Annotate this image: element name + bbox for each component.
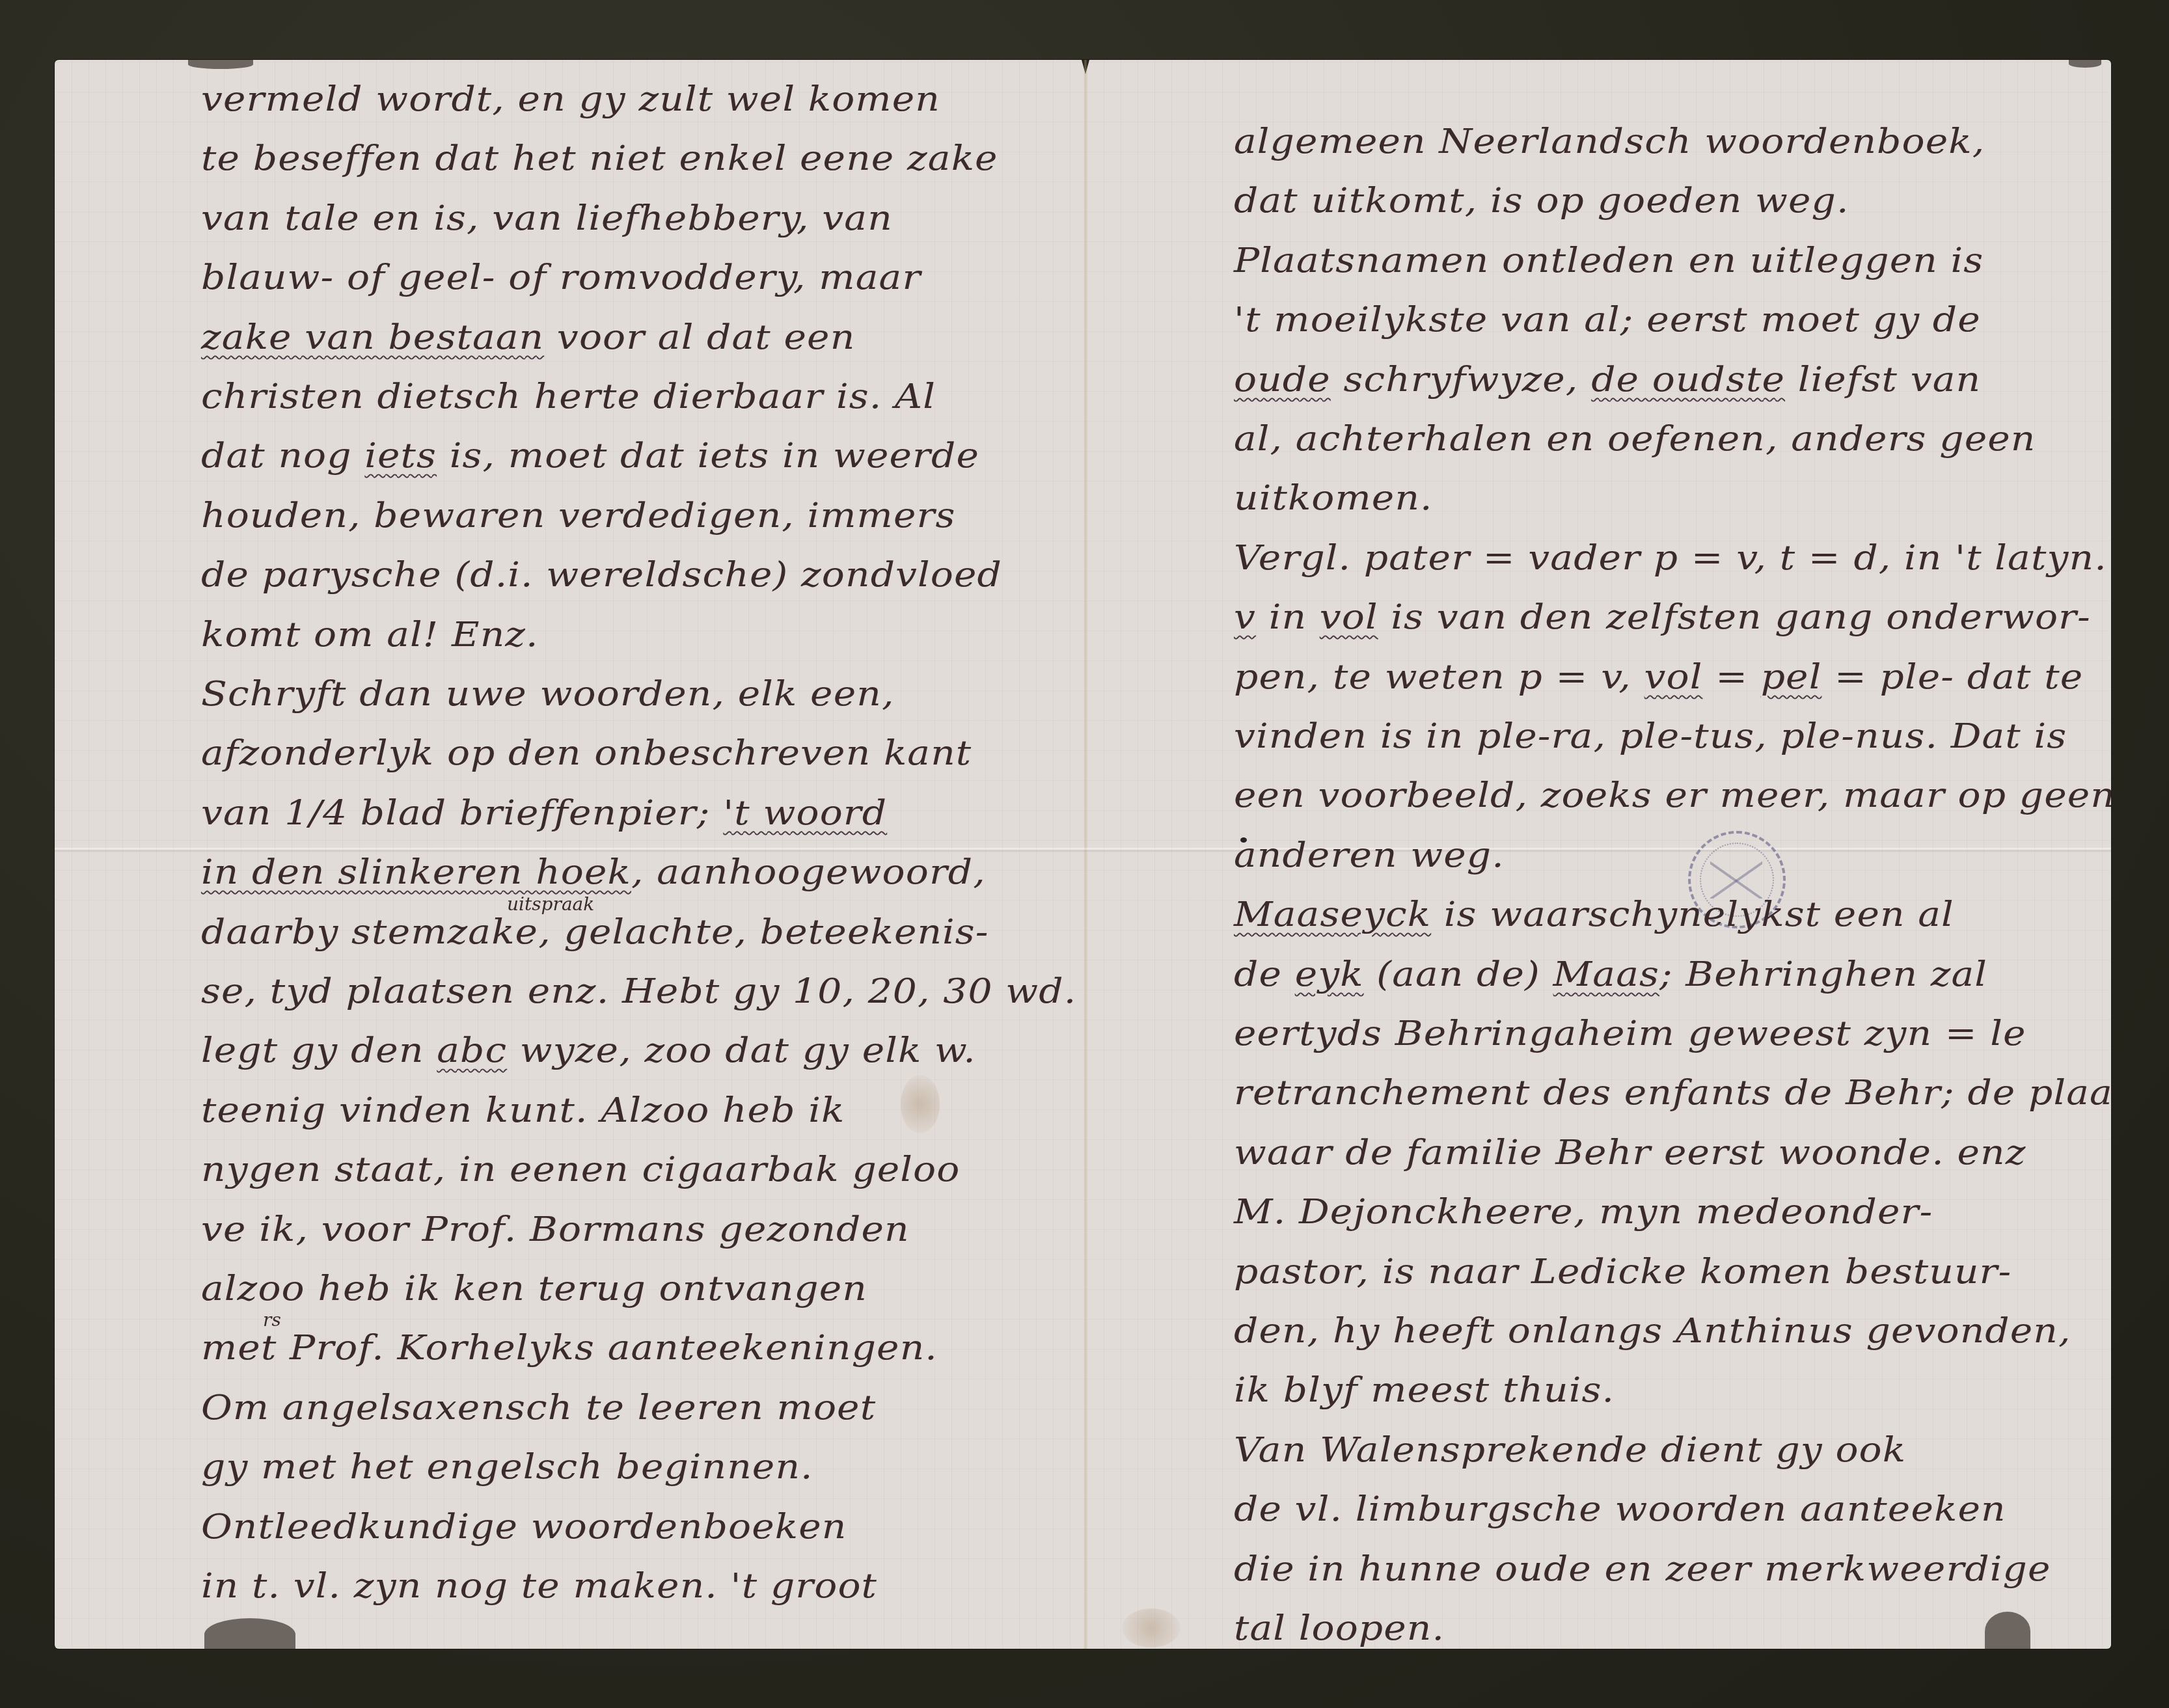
line-text: 't moeilykste van al; eerst moet gy de (1234, 301, 1981, 340)
handwritten-line: zake van bestaan voor al dat een (201, 318, 855, 357)
line-text: legt gy den (201, 1031, 437, 1070)
line-text: pastor, is naar Ledicke komen bestuur- (1234, 1253, 2012, 1292)
line-text: liefst van (1785, 360, 1981, 400)
line-text: waar de familie Behr eerst woonde. enz (1234, 1133, 2026, 1173)
line-text: de vl. limburgsche woorden aanteeken (1234, 1490, 2006, 1529)
line-text: ; Behringhen zal (1659, 955, 1987, 994)
interlinear-insertion: uitspraak (507, 893, 594, 915)
line-text: van tale en is, van liefhebbery, van (201, 199, 893, 238)
handwritten-line: pen, te weten p = v, vol = pel = ple- da… (1234, 658, 2083, 697)
handwritten-line: pastor, is naar Ledicke komen bestuur- (1234, 1253, 2012, 1292)
line-text: dat nog (201, 437, 364, 476)
line-text: met Prof. Korhelyks aanteekeningen. (201, 1329, 938, 1368)
underlined-word: v (1234, 598, 1256, 637)
line-text: is waarschynelykst een al (1431, 895, 1954, 934)
line-text: retranchement des enfants de Behr; de pl… (1234, 1074, 2111, 1113)
line-text: in t. vl. zyn nog te maken. 't groot (201, 1567, 877, 1606)
line-text: = (1702, 658, 1760, 697)
line-text: Ontleedkundige woordenboeken (201, 1508, 847, 1547)
line-text: alzoo heb ik ken terug ontvangen (201, 1269, 867, 1308)
handwritten-line: legt gy den abc wyze, zoo dat gy elk w. (201, 1031, 976, 1070)
line-text: eertyds Behringaheim geweest zyn = le (1234, 1014, 2026, 1053)
handwritten-line: se, tyd plaatsen enz. Hebt gy 10, 20, 30… (201, 972, 1076, 1011)
handwritten-line: christen dietsch herte dierbaar is. Al (201, 377, 936, 416)
handwritten-line: Van Walensprekende dient gy ook (1234, 1431, 1906, 1470)
handwritten-line: gy met het engelsch beginnen. (201, 1448, 813, 1487)
line-text: de (1234, 955, 1295, 994)
handwritten-line: in t. vl. zyn nog te maken. 't groot (201, 1567, 877, 1606)
line-text: = ple- dat te (1821, 658, 2083, 697)
handwritten-line: teenig vinden kunt. Alzoo heb ik (201, 1091, 845, 1130)
line-text: Plaatsnamen ontleden en uitleggen is (1234, 241, 1984, 280)
handwritten-line: Schryft dan uwe woorden, elk een, (201, 675, 895, 714)
line-text: de parysche (d.i. wereldsche) zondvloed (201, 556, 1002, 595)
line-text: daarby stemzake, gelachte, beteekenis- (201, 913, 989, 952)
line-text: vinden is in ple-ra, ple-tus, ple-nus. D… (1234, 717, 2067, 756)
underlined-word: iets (364, 437, 437, 476)
line-text: Om angelsaxensch te leeren moet (201, 1389, 876, 1428)
handwritten-line: de parysche (d.i. wereldsche) zondvloed (201, 556, 1002, 595)
line-text: al, achterhalen en oefenen, anders geen (1234, 420, 2036, 459)
line-text: is, moet dat iets in weerde (437, 437, 979, 476)
line-text: te beseffen dat het niet enkel eene zake (201, 139, 998, 178)
line-text: algemeen Neerlandsch woordenboek, (1234, 122, 1985, 161)
handwritten-line: ve ik, voor Prof. Bormans gezonden (201, 1210, 910, 1249)
handwritten-line: eertyds Behringaheim geweest zyn = le (1234, 1014, 2026, 1053)
handwritten-line: M. Dejonckheere, myn medeonder- (1234, 1193, 1933, 1232)
right-page: algemeen Neerlandsch woordenboek,dat uit… (1087, 60, 2111, 1649)
underlined-word: de oudste (1591, 360, 1785, 400)
line-text: van 1/4 blad brieffenpier; (201, 794, 723, 833)
handwritten-line: een voorbeeld, zoeks er meer, maar op ge… (1234, 776, 2111, 815)
handwritten-line: Ontleedkundige woordenboeken (201, 1508, 847, 1547)
handwritten-line: Plaatsnamen ontleden en uitleggen is (1234, 241, 1984, 280)
underlined-word: Maas (1553, 955, 1659, 994)
handwritten-line: blauw- of geel- of romvoddery, maar (201, 258, 921, 297)
handwritten-line: den, hy heeft onlangs Anthinus gevonden, (1234, 1312, 2071, 1351)
handwritten-line: de vl. limburgsche woorden aanteeken (1234, 1490, 2006, 1529)
underlined-word: Maaseyck (1234, 895, 1431, 934)
line-text: blauw- of geel- of romvoddery, maar (201, 258, 921, 297)
handwritten-line: vermeld wordt, en gy zult wel komen (201, 80, 940, 119)
underlined-word: vol (1320, 598, 1378, 637)
line-text: anderen weg. (1234, 836, 1505, 875)
line-text: tal loopen. (1234, 1609, 1445, 1648)
handwritten-line: van tale en is, van liefhebbery, van (201, 199, 893, 238)
line-text: Schryft dan uwe woorden, elk een, (201, 675, 895, 714)
left-page: vermeld wordt, en gy zult wel komente be… (55, 60, 1084, 1649)
underlined-word: 't woord (723, 794, 887, 833)
line-text: Van Walensprekende dient gy ook (1234, 1431, 1906, 1470)
line-text: die in hunne oude en zeer merkweerdige (1234, 1550, 2051, 1589)
line-text: afzonderlyk op den onbeschreven kant (201, 734, 972, 773)
line-text: voor al dat een (544, 318, 855, 357)
handwritten-line: komt om al! Enz. (201, 616, 539, 655)
line-text: een voorbeeld, zoeks er meer, maar op ge… (1234, 776, 2111, 815)
underlined-word: zake van bestaan (201, 318, 544, 357)
line-text: in (1256, 598, 1320, 637)
line-text: komt om al! Enz. (201, 616, 539, 655)
handwritten-line: al, achterhalen en oefenen, anders geen (1234, 420, 2036, 459)
handwritten-line: daarby stemzake, gelachte, beteekenis- (201, 913, 989, 952)
handwritten-line: waar de familie Behr eerst woonde. enz (1234, 1133, 2026, 1173)
line-text: pen, te weten p = v, (1234, 658, 1644, 697)
line-text: se, tyd plaatsen enz. Hebt gy 10, 20, 30… (201, 972, 1076, 1011)
handwritten-line: nygen staat, in eenen cigaarbak geloo (201, 1150, 960, 1189)
handwritten-line: Maaseyck is waarschynelykst een al (1234, 895, 1954, 934)
handwritten-line: uitkomen. (1234, 479, 1433, 518)
line-text: teenig vinden kunt. Alzoo heb ik (201, 1091, 845, 1130)
handwritten-line: oude schryfwyze, de oudste liefst van (1234, 360, 1981, 400)
handwritten-line: retranchement des enfants de Behr; de pl… (1234, 1074, 2111, 1113)
handwritten-line: v in vol is van den zelfsten gang onderw… (1234, 598, 2091, 637)
underlined-word: abc (437, 1031, 507, 1070)
line-text: (aan de) (1364, 955, 1553, 994)
handwritten-line: met Prof. Korhelyks aanteekeningen. (201, 1329, 938, 1368)
line-text: houden, bewaren verdedigen, immers (201, 496, 956, 535)
handwritten-line: houden, bewaren verdedigen, immers (201, 496, 956, 535)
line-text: schryfwyze, (1331, 360, 1591, 400)
handwritten-line: die in hunne oude en zeer merkweerdige (1234, 1550, 2051, 1589)
handwritten-line: afzonderlyk op den onbeschreven kant (201, 734, 972, 773)
underlined-word: pel (1761, 658, 1822, 697)
handwritten-line: dat uitkomt, is op goeden weg. (1234, 182, 1849, 221)
line-text: ik blyf meest thuis. (1234, 1371, 1615, 1410)
underlined-word: in den slinkeren hoek (201, 853, 631, 892)
handwritten-line: tal loopen. (1234, 1609, 1445, 1648)
line-text: christen dietsch herte dierbaar is. Al (201, 377, 936, 416)
underlined-word: eyk (1295, 955, 1364, 994)
line-text: uitkomen. (1234, 479, 1433, 518)
line-text: is van den zelfsten gang onderwor- (1378, 598, 2091, 637)
interlinear-insertion: rs (263, 1309, 281, 1331)
handwritten-line: in den slinkeren hoek, aanhoogewoord, (201, 853, 986, 892)
line-text: dat uitkomt, is op goeden weg. (1234, 182, 1849, 221)
handwritten-line: dat nog iets is, moet dat iets in weerde (201, 437, 979, 476)
line-text: den, hy heeft onlangs Anthinus gevonden, (1234, 1312, 2071, 1351)
handwritten-line: anderen weg. (1234, 836, 1505, 875)
line-text: nygen staat, in eenen cigaarbak geloo (201, 1150, 960, 1189)
handwritten-line: vinden is in ple-ra, ple-tus, ple-nus. D… (1234, 717, 2067, 756)
underlined-word: oude (1234, 360, 1331, 400)
handwritten-line: te beseffen dat het niet enkel eene zake (201, 139, 998, 178)
line-text: , aanhoogewoord, (631, 853, 986, 892)
handwritten-line: van 1/4 blad brieffenpier; 't woord (201, 794, 887, 833)
line-text: M. Dejonckheere, myn medeonder- (1234, 1193, 1933, 1232)
handwritten-line: 't moeilykste van al; eerst moet gy de (1234, 301, 1981, 340)
line-text: gy met het engelsch beginnen. (201, 1448, 813, 1487)
line-text: vermeld wordt, en gy zult wel komen (201, 80, 940, 119)
handwritten-line: algemeen Neerlandsch woordenboek, (1234, 122, 1985, 161)
line-text: wyze, zoo dat gy elk w. (507, 1031, 976, 1070)
letter-sheet: vermeld wordt, en gy zult wel komente be… (55, 60, 2111, 1649)
handwritten-line: Om angelsaxensch te leeren moet (201, 1389, 876, 1428)
underlined-word: vol (1644, 658, 1703, 697)
handwritten-line: Vergl. pater = vader p = v, t = d, in 't… (1234, 539, 2107, 578)
handwritten-line: de eyk (aan de) Maas; Behringhen zal (1234, 955, 1987, 994)
handwritten-line: alzoo heb ik ken terug ontvangen (201, 1269, 867, 1308)
line-text: Vergl. pater = vader p = v, t = d, in 't… (1234, 539, 2107, 578)
handwritten-line: ik blyf meest thuis. (1234, 1371, 1615, 1410)
line-text: ve ik, voor Prof. Bormans gezonden (201, 1210, 910, 1249)
